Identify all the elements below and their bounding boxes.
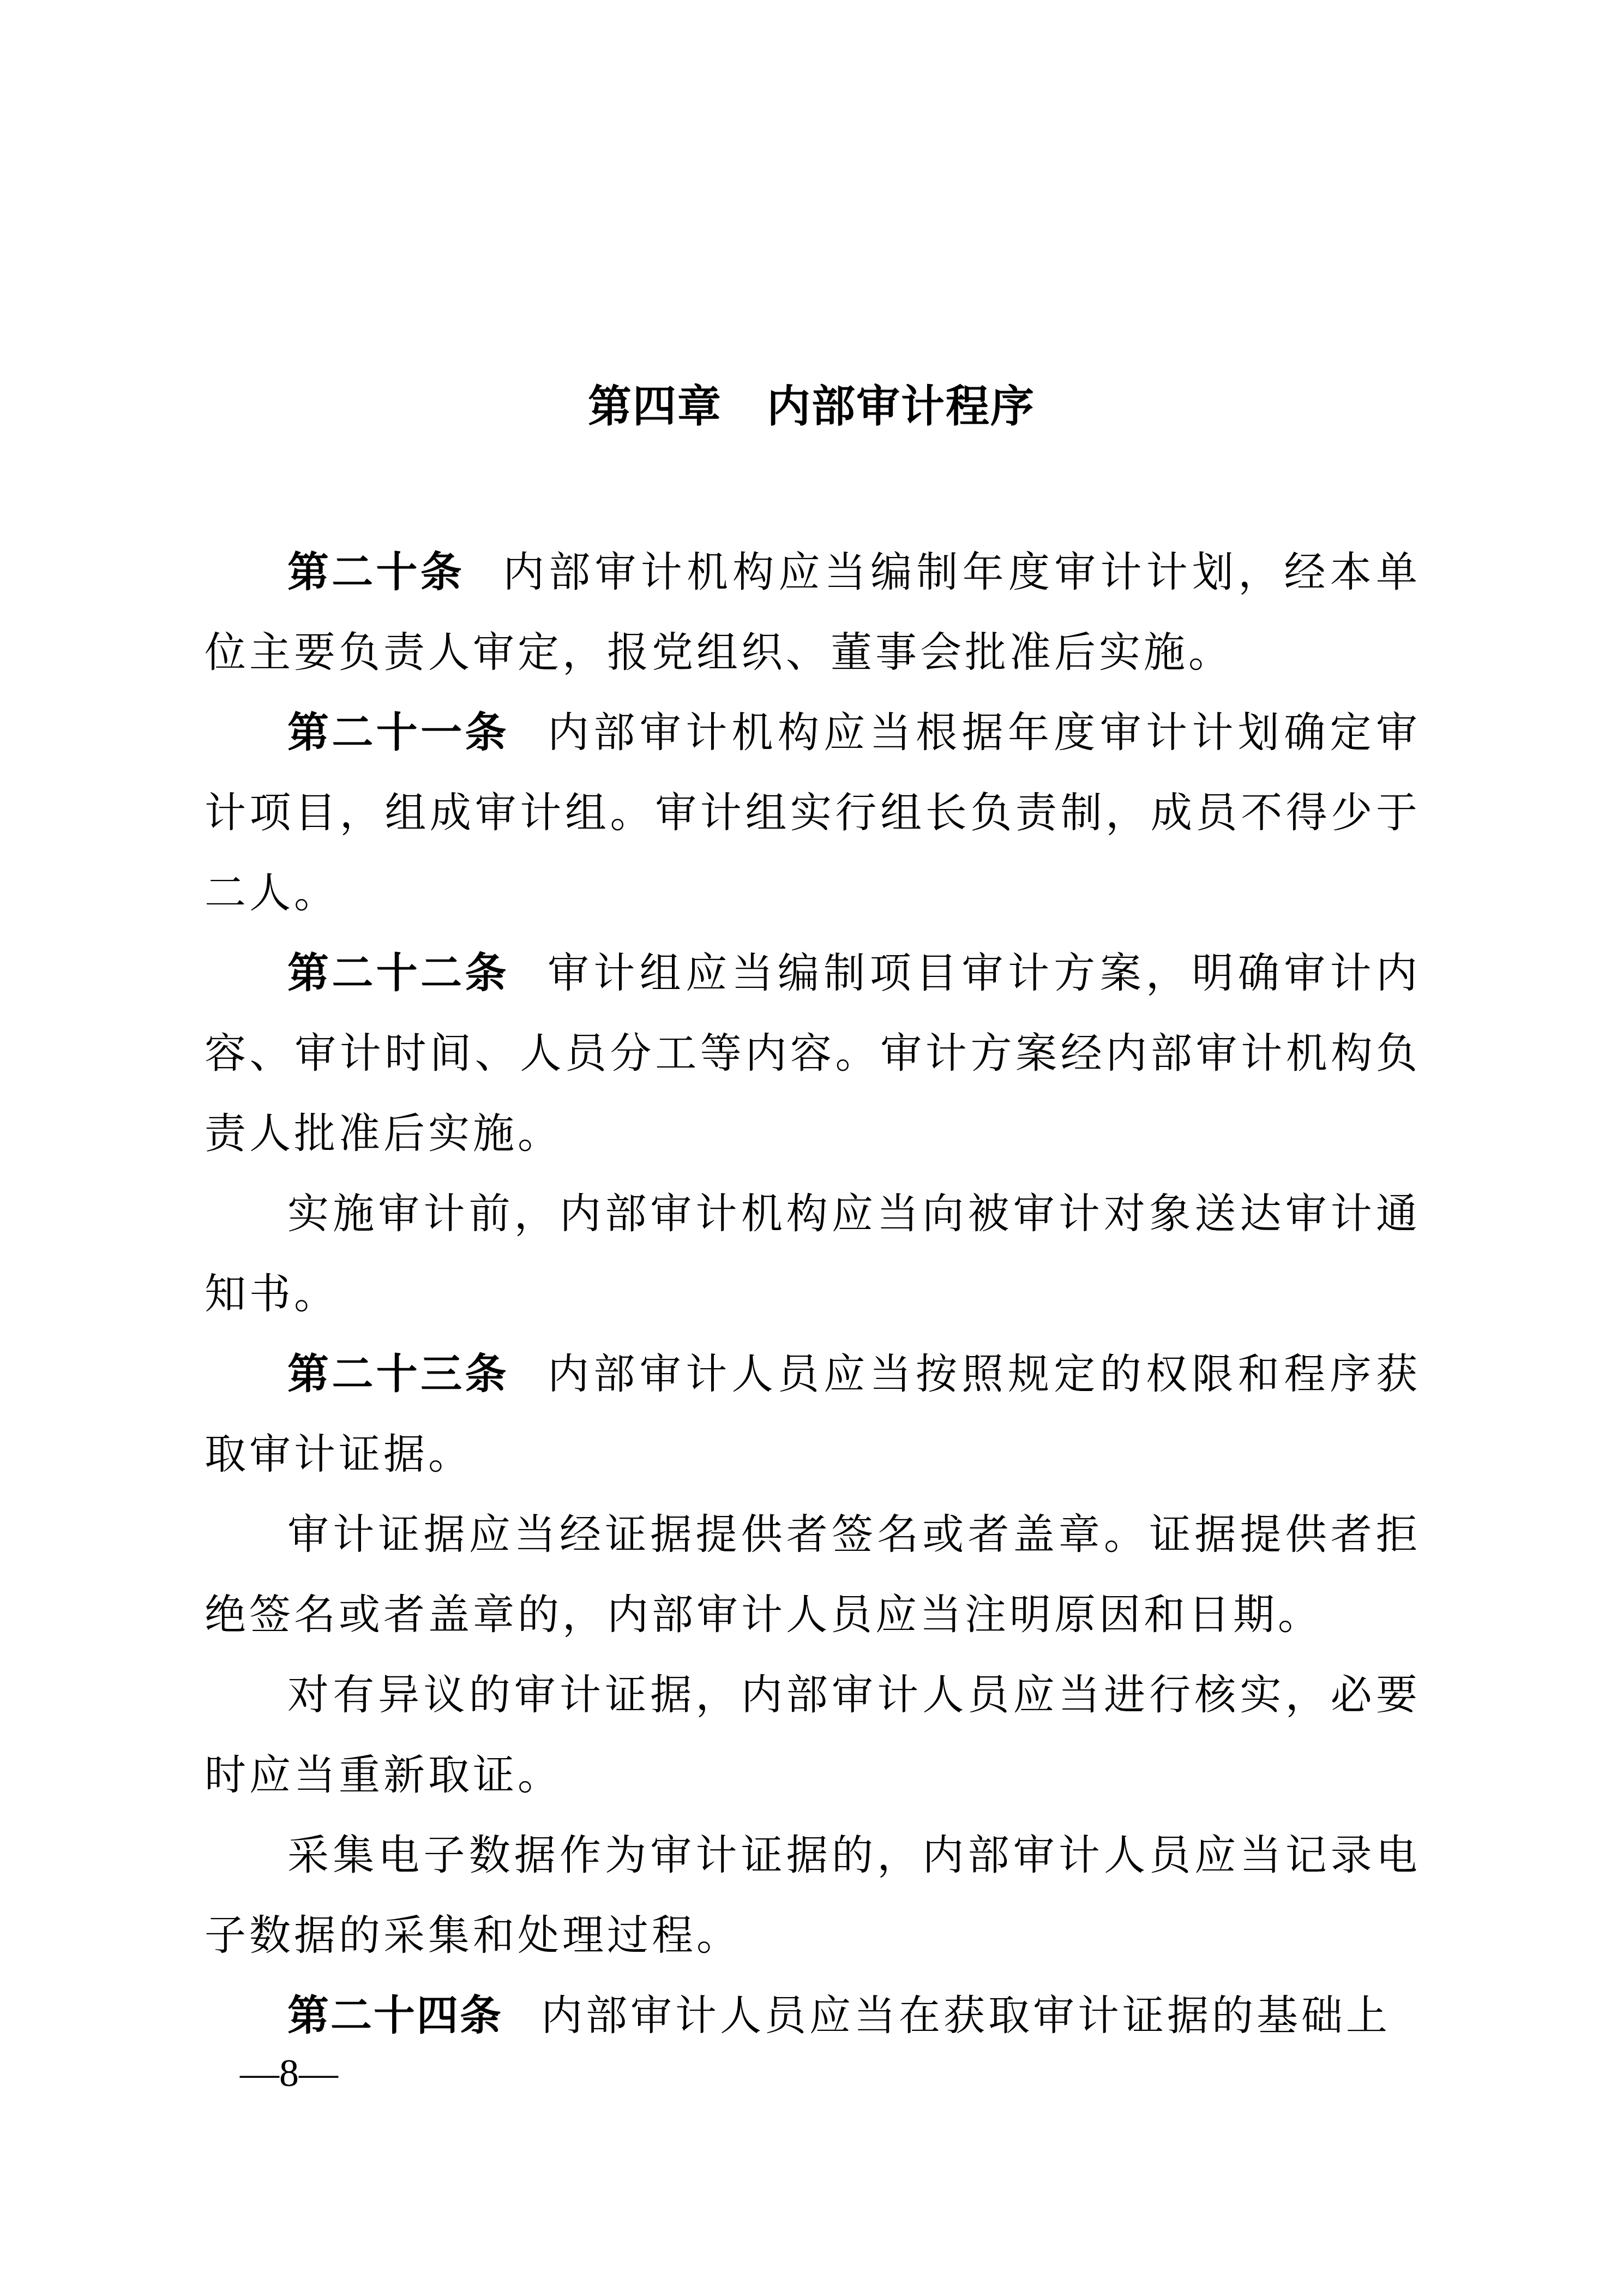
article-number: 第二十三条	[287, 1350, 509, 1398]
article-number: 第二十四条	[287, 1991, 503, 2040]
paragraph-text: 实施审计前，内部审计机构应当向被审计对象送达审计通知书。	[205, 1189, 1421, 1318]
article-20-paragraph: 第二十条内部审计机构应当编制年度审计计划，经本单位主要负责人审定，报党组织、董事…	[205, 532, 1421, 692]
paragraph-text: 审计证据应当经证据提供者签名或者盖章。证据提供者拒绝签名或者盖章的，内部审计人员…	[205, 1510, 1421, 1639]
document-page: 第四章 内部审计程序 第二十条内部审计机构应当编制年度审计计划，经本单位主要负责…	[0, 0, 1623, 2296]
article-text: 内部审计人员应当在获取审计证据的基础上	[541, 1991, 1391, 2040]
article-23-subparagraph-1: 审计证据应当经证据提供者签名或者盖章。证据提供者拒绝签名或者盖章的，内部审计人员…	[205, 1494, 1421, 1654]
article-number: 第二十一条	[287, 708, 509, 757]
article-21-paragraph: 第二十一条内部审计机构应当根据年度审计计划确定审计项目，组成审计组。审计组实行组…	[205, 692, 1421, 933]
page-number: —8—	[240, 2046, 338, 2100]
article-23-paragraph: 第二十三条内部审计人员应当按照规定的权限和程序获取审计证据。	[205, 1334, 1421, 1494]
article-24-paragraph: 第二十四条内部审计人员应当在获取审计证据的基础上	[205, 1975, 1421, 2055]
paragraph-text: 采集电子数据作为审计证据的，内部审计人员应当记录电子数据的采集和处理过程。	[205, 1831, 1421, 1959]
article-22-paragraph: 第二十二条审计组应当编制项目审计方案，明确审计内容、审计时间、人员分工等内容。审…	[205, 933, 1421, 1173]
body-text: 第二十条内部审计机构应当编制年度审计计划，经本单位主要负责人审定，报党组织、董事…	[205, 532, 1421, 2055]
article-number: 第二十条	[287, 548, 465, 596]
article-23-subparagraph-2: 对有异议的审计证据，内部审计人员应当进行核实，必要时应当重新取证。	[205, 1654, 1421, 1815]
article-number: 第二十二条	[287, 949, 509, 997]
chapter-title: 第四章 内部审计程序	[0, 376, 1623, 436]
paragraph-text: 对有异议的审计证据，内部审计人员应当进行核实，必要时应当重新取证。	[205, 1670, 1421, 1799]
article-22-subparagraph: 实施审计前，内部审计机构应当向被审计对象送达审计通知书。	[205, 1173, 1421, 1334]
article-23-subparagraph-3: 采集电子数据作为审计证据的，内部审计人员应当记录电子数据的采集和处理过程。	[205, 1815, 1421, 1975]
